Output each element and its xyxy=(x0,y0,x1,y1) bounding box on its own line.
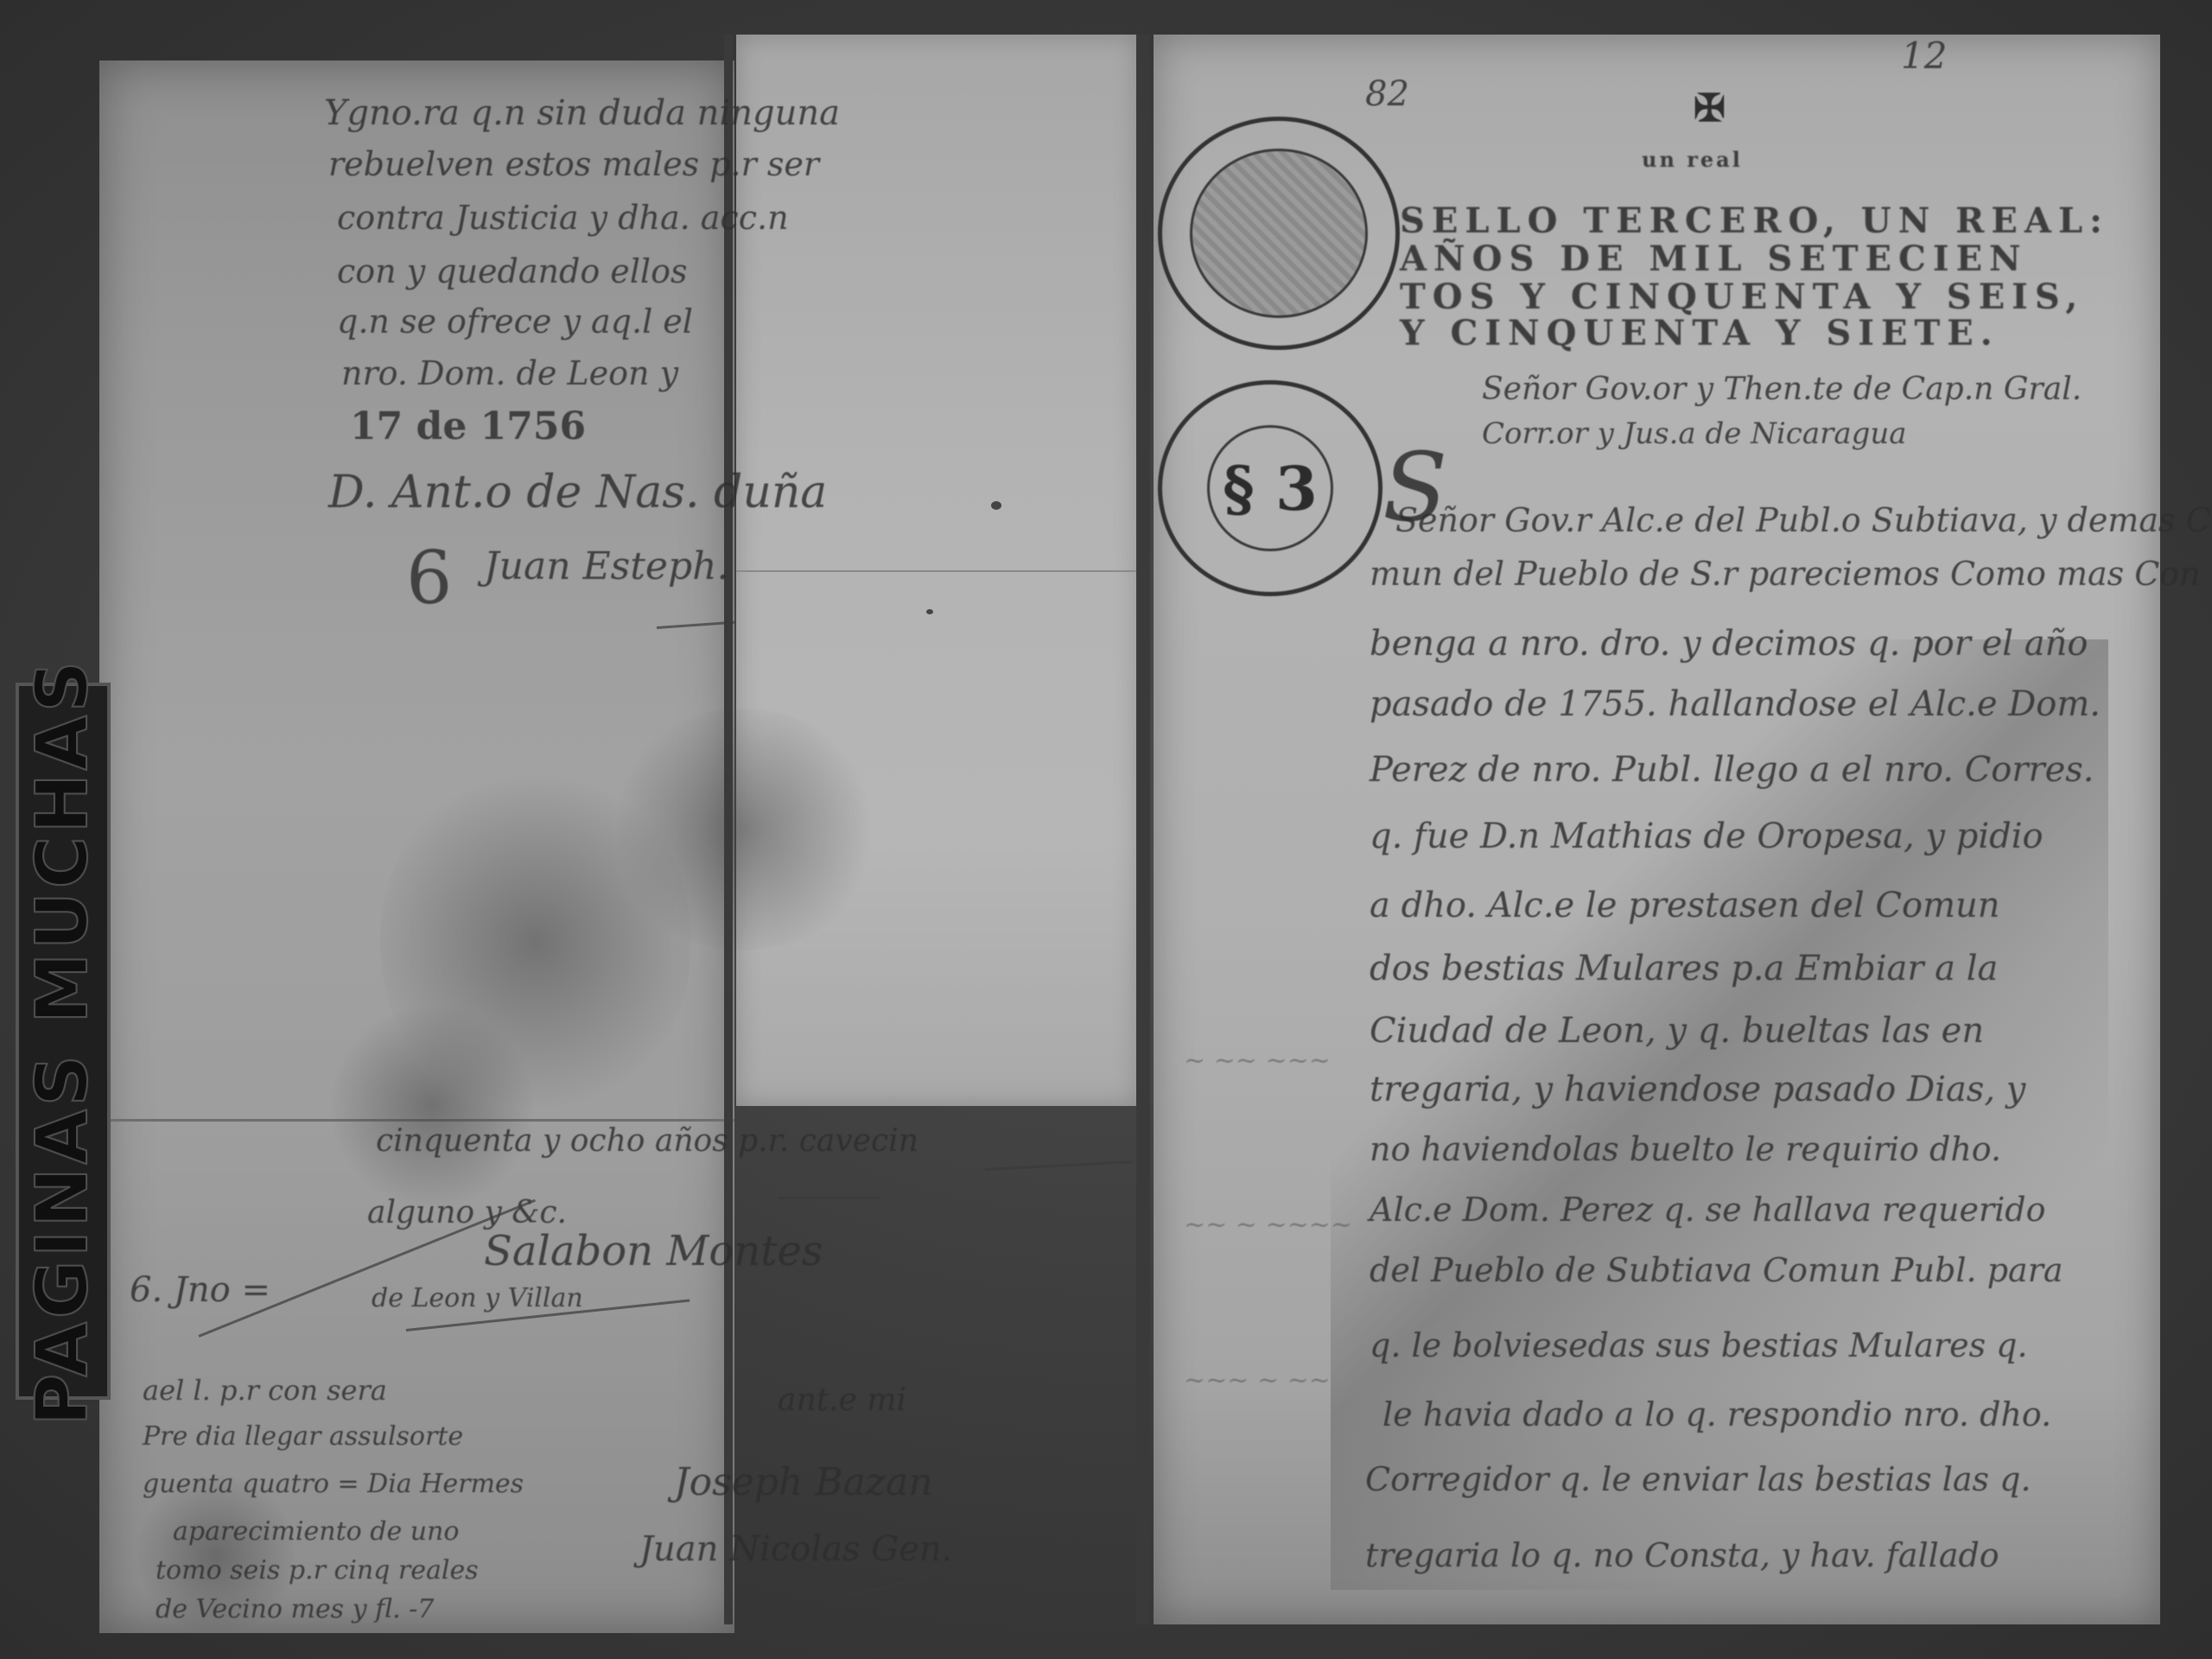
bleed-through-text: ~~~ ~ ~~ xyxy=(1184,1365,1331,1395)
stamp-header-line: SELLO TERCERO, UN REAL: xyxy=(1400,200,2109,241)
note-line: ael l. p.r con sera xyxy=(143,1374,387,1407)
body-line: Perez de nro. Publ. llego a el nro. Corr… xyxy=(1370,750,2094,790)
folio-number: 12 xyxy=(1901,35,1947,77)
manuscript-line: Ygno.ra q.n sin duda ninguna xyxy=(324,93,840,133)
ink-spot xyxy=(991,501,1001,510)
address-line: Corr.or y Jus.a de Nicaragua xyxy=(1482,416,1907,451)
body-line: Alc.e Dom. Perez q. se hallava requerido xyxy=(1370,1191,2045,1229)
address-line: Señor Gov.or y Then.te de Cap.n Gral. xyxy=(1482,372,2082,407)
body-line: tregaria, y haviendose pasado Dias, y xyxy=(1370,1070,2025,1109)
signature: D. Ant.o de Nas. duña xyxy=(328,467,827,518)
body-line: dos bestias Mulares p.a Embiar a la xyxy=(1370,949,1998,988)
body-line: le havia dado a lo q. respondio nro. dho… xyxy=(1382,1395,2051,1433)
note-line: guenta quatro = Dia Hermes xyxy=(143,1469,524,1499)
stamp-header-line: AÑOS DE MIL SETECIEN xyxy=(1400,238,2028,279)
body-line: benga a nro. dro. y decimos q. por el añ… xyxy=(1370,624,2088,664)
water-stain xyxy=(605,709,881,950)
date-line: 17 de 1756 xyxy=(350,404,586,448)
signature: Juan Esteph. xyxy=(484,544,728,588)
folded-insert-sheet xyxy=(736,35,1138,1106)
binding-gutter xyxy=(724,35,733,1624)
body-line: q. le bolviesedas sus bestias Mulares q. xyxy=(1370,1326,2028,1364)
signature: Joseph Bazan xyxy=(674,1460,933,1504)
water-stain xyxy=(328,1002,536,1210)
bleed-through-text: ~ ~~ ~~~ xyxy=(1184,1046,1331,1076)
signature: Salabon Montes xyxy=(484,1227,823,1275)
body-line: tregaria lo q. no Consta, y hav. fallado xyxy=(1365,1536,1999,1574)
ink-spot xyxy=(926,609,933,614)
note-line: aparecimiento de uno xyxy=(173,1516,459,1547)
manuscript-line: con y quedando ellos xyxy=(337,252,687,290)
archive-tab-label: PAGINAS MUCHAS xyxy=(22,657,105,1425)
bleed-through-text: ~~ ~ ~~~~ xyxy=(1184,1210,1352,1240)
stamp-header-line: Y CINQUENTA Y SIETE. xyxy=(1400,313,1999,353)
manuscript-line: alguno y &c. xyxy=(367,1195,567,1230)
body-line: a dho. Alc.e le prestasen del Comun xyxy=(1370,886,2000,925)
note-line: Pre dia llegar assulsorte xyxy=(143,1421,463,1452)
stamp-value-small: un real xyxy=(1642,147,1743,172)
flourish-line xyxy=(778,1197,881,1199)
royal-seal-upper xyxy=(1158,117,1400,350)
signature: Juan Nicolas Gen. xyxy=(639,1529,952,1569)
signature-subline: de Leon y Villan xyxy=(372,1283,583,1313)
insert-crease xyxy=(736,570,1138,572)
manuscript-line: nro. Dom. de Leon y xyxy=(341,354,678,392)
signature-numeral: 6 xyxy=(406,536,452,620)
body-line: Corregidor q. le enviar las bestias las … xyxy=(1365,1460,2031,1498)
archive-label-tab: PAGINAS MUCHAS xyxy=(16,683,111,1400)
manuscript-line: cinquenta y ocho años p.r. cavecin xyxy=(376,1123,918,1159)
seal-center-mark: § 3 xyxy=(1207,425,1333,551)
body-line: no haviendolas buelto le requirio dho. xyxy=(1370,1130,2001,1168)
folio-number-old: 82 xyxy=(1365,74,1409,114)
attestation-heading: ant.e mi xyxy=(778,1382,906,1418)
body-line: mun del Pueblo de S.r pareciemos Como ma… xyxy=(1370,555,2201,593)
body-line: Ciudad de Leon, y q. bueltas las en xyxy=(1370,1011,1984,1051)
body-line: pasado de 1755. hallandose el Alc.e Dom. xyxy=(1370,684,2101,724)
body-line: del Pueblo de Subtiava Comun Publ. para xyxy=(1370,1251,2063,1289)
binding-gutter xyxy=(1136,35,1150,1624)
body-line: q. fue D.n Mathias de Oropesa, y pidio xyxy=(1370,817,2044,856)
manuscript-line: rebuelven estos males p.r ser xyxy=(328,145,819,183)
margin-note: 6. Jno = xyxy=(130,1270,270,1310)
royal-seal-lower: § 3 xyxy=(1158,380,1382,596)
stamp-header-line: TOS Y CINQUENTA Y SEIS, xyxy=(1400,276,2084,317)
body-line: Señor Gov.r Alc.e del Publ.o Subtiava, y… xyxy=(1395,501,2212,539)
coat-of-arms-icon xyxy=(1190,149,1368,318)
note-line: de Vecino mes y fl. -7 xyxy=(156,1594,434,1624)
manuscript-line: contra Justicia y dha. acc.n xyxy=(337,199,789,237)
manuscript-line: q.n se ofrece y aq.l el xyxy=(337,302,693,340)
note-line: tomo seis p.r cinq reales xyxy=(156,1555,479,1586)
cross-icon: ✠ xyxy=(1694,86,1726,130)
